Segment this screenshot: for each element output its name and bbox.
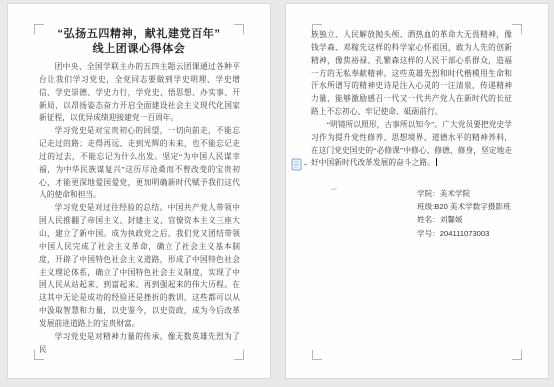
paragraph-continuation[interactable]: 族独立、人民解放抛头颅、洒热血的革命大无畏精神，像钱学森、邓稼先这样的科学家心怀… <box>311 29 512 119</box>
signature-class[interactable]: 班级:B20 美术学数字摄影班 <box>417 200 511 213</box>
paragraph[interactable]: 学习党史是对宝贵初心的回望，一切向前走，不能忘记走过的路；走得再远、走到光辉的未… <box>39 125 240 202</box>
document-page-1[interactable]: “弘扬五四精神，献礼建党百年” 线上团课心得体会 团中央、全国学联主办的五四主题… <box>7 3 271 379</box>
paragraph[interactable]: 学习党史是对过往经验的总结。中国共产党人带领中国人民推翻了帝国主义、封建主义、官… <box>39 202 240 330</box>
title-line-1[interactable]: “弘扬五四精神，献礼建党百年” <box>8 27 270 42</box>
text-caret <box>436 158 437 166</box>
paragraph[interactable]: 学习党史是对精神力量的传承。像无数英雄先烈为了民 <box>39 331 240 357</box>
stray-pen-mark <box>329 183 338 191</box>
signature-student-id[interactable]: 学号：204111073003 <box>417 227 511 240</box>
text-boundary-mark <box>512 350 522 360</box>
document-page-2[interactable]: 族独立、人民解放抛头颅、洒热血的革命大无畏精神，像钱学森、邓稼先这样的科学家心怀… <box>285 3 549 379</box>
document-view: “弘扬五四精神，献礼建党百年” 线上团课心得体会 团中央、全国学联主办的五四主题… <box>0 0 554 387</box>
page2-body[interactable]: 族独立、人民解放抛头颅、洒热血的革命大无畏精神，像钱学森、邓稼先这样的科学家心怀… <box>311 29 512 170</box>
paste-options-icon[interactable] <box>291 158 309 171</box>
paragraph[interactable]: 团中央、全国学联主办的五四主题云团课通过各种平台让我们学习党史，全党同志要做到学… <box>39 61 240 125</box>
document-title[interactable]: “弘扬五四精神，献礼建党百年” 线上团课心得体会 <box>8 27 270 56</box>
signature-block[interactable]: 学院：美术学院 班级:B20 美术学数字摄影班 姓名：刘馨媛 学号：204111… <box>417 187 511 240</box>
page1-body[interactable]: 团中央、全国学联主办的五四主题云团课通过各种平台让我们学习党史，全党同志要做到学… <box>39 61 240 356</box>
signature-name[interactable]: 姓名：刘馨媛 <box>417 213 511 226</box>
text-boundary-mark <box>312 350 322 360</box>
closing-paragraph-text[interactable]: “明镜所以照形，古事所以知今”。广大党员要把党史学习作为提升党性修养、思想境界、… <box>311 120 512 168</box>
closing-paragraph[interactable]: “明镜所以照形，古事所以知今”。广大党员要把党史学习作为提升党性修养、思想境界、… <box>311 119 512 170</box>
signature-college[interactable]: 学院：美术学院 <box>417 187 511 200</box>
title-line-2[interactable]: 线上团课心得体会 <box>8 42 270 57</box>
text-boundary-mark <box>512 24 522 34</box>
